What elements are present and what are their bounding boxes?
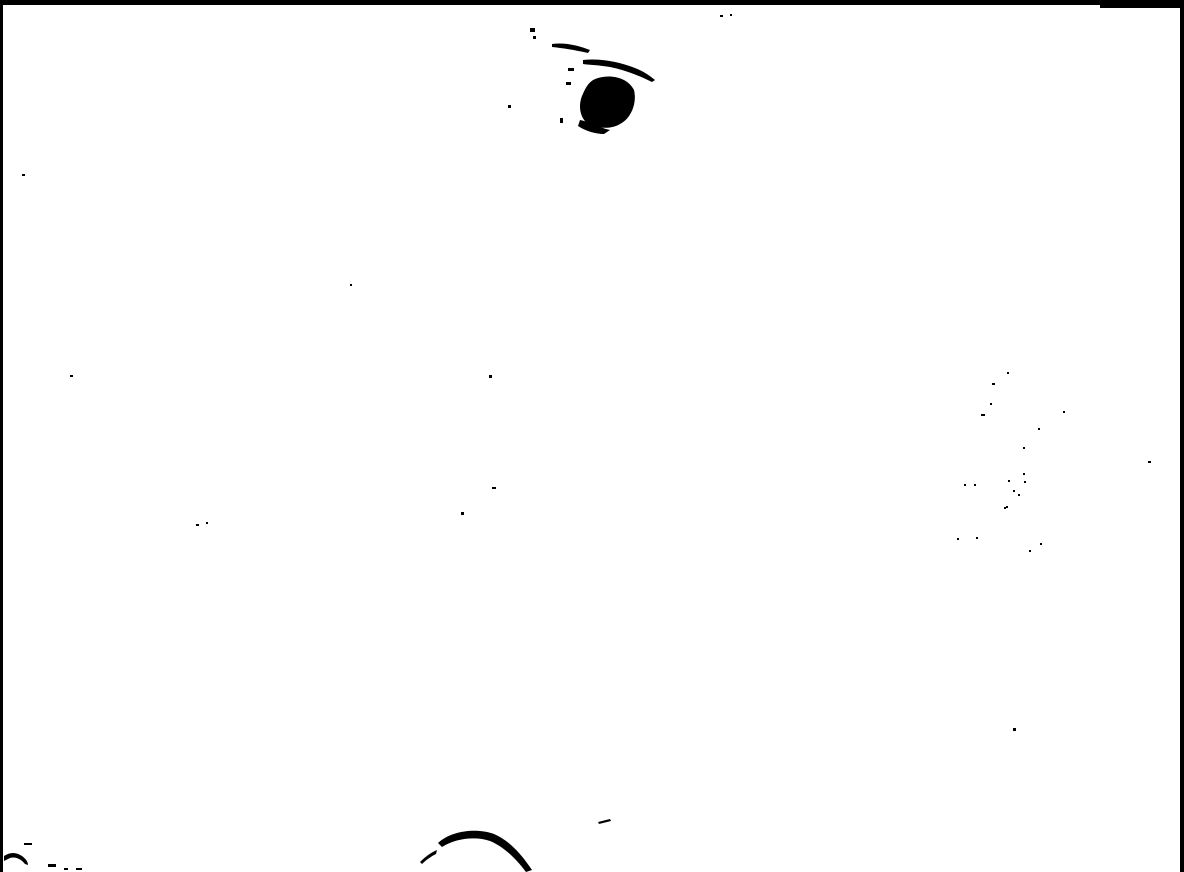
photo-canvas <box>0 0 1184 872</box>
dark-spot <box>508 28 655 134</box>
corner-mark <box>4 843 82 870</box>
bottom-arc <box>420 819 611 872</box>
photo-shapes <box>0 0 1184 872</box>
